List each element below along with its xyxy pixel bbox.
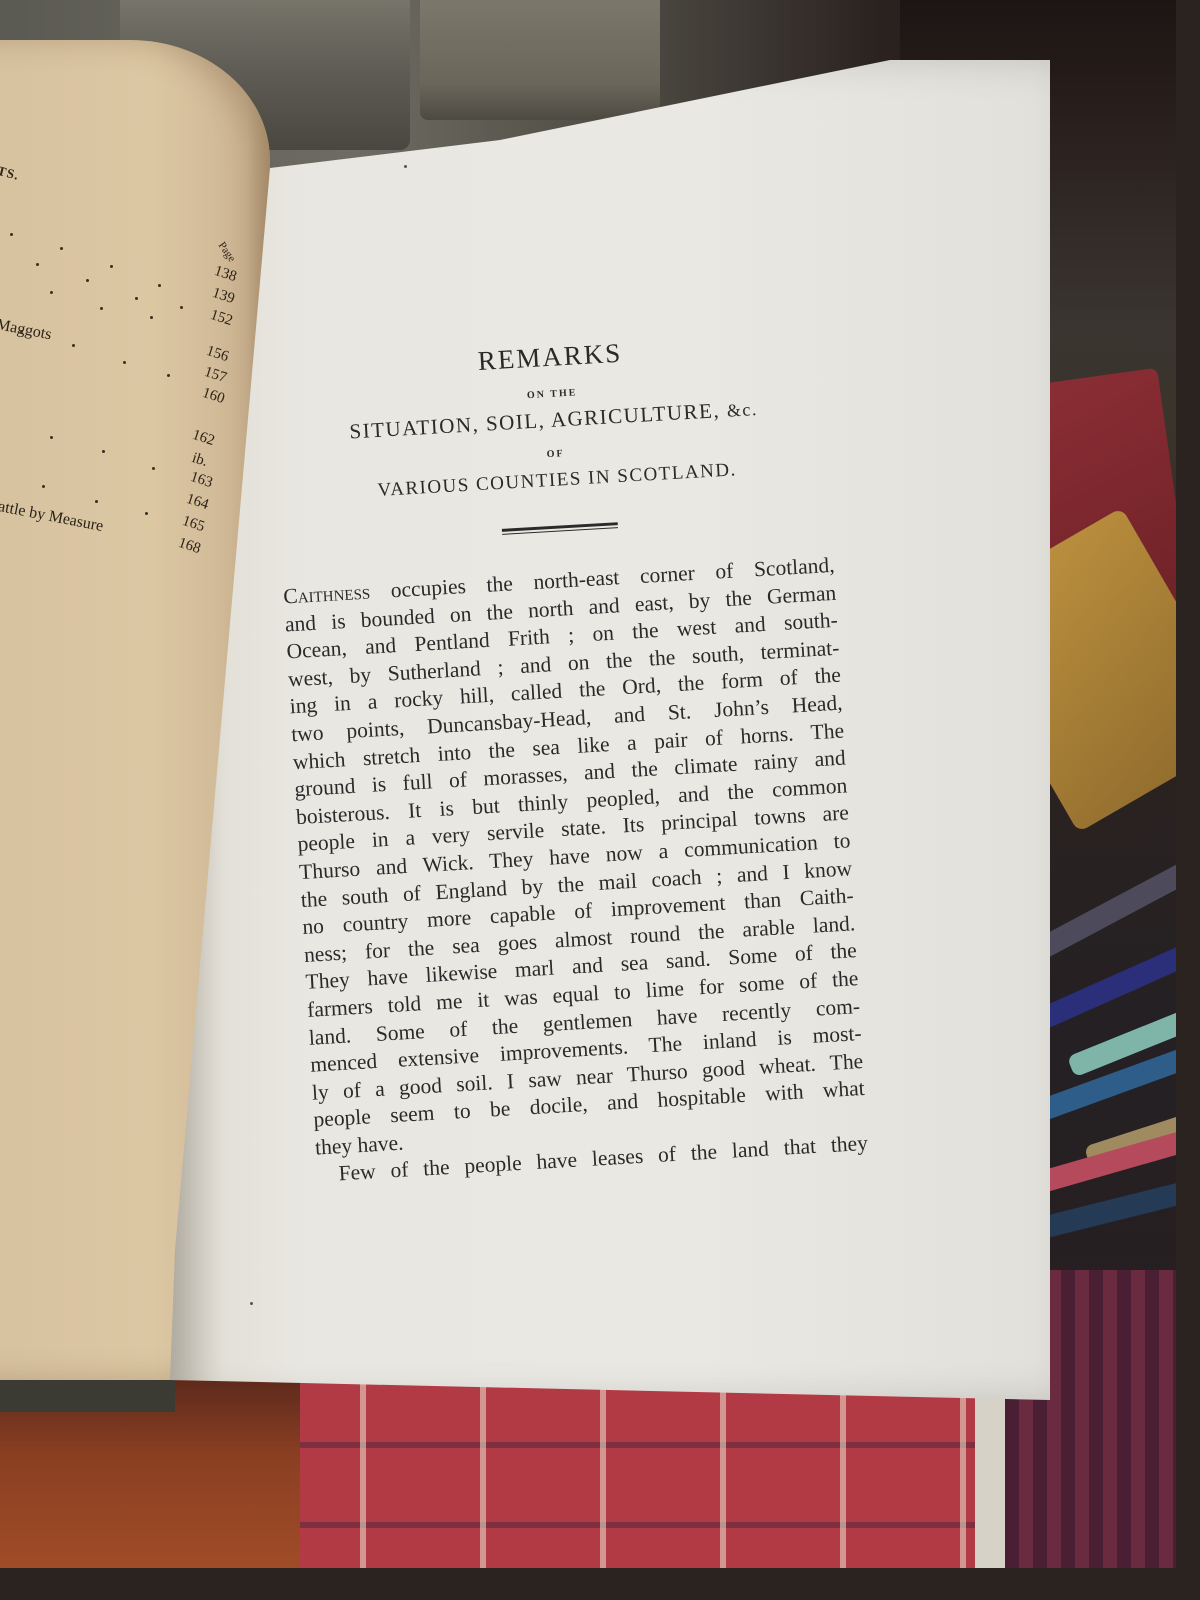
toc-page-header: Page	[216, 240, 238, 264]
leader-dot	[145, 512, 148, 515]
leader-dot	[180, 306, 183, 309]
toc-entry-label: Maggots	[0, 316, 53, 344]
background-rug	[300, 1380, 980, 1568]
leader-dot	[102, 450, 105, 453]
toc-page-number: 164	[184, 491, 211, 514]
chapter-title-block: REMARKS ON THE SITUATION, SOIL, AGRICULT…	[270, 326, 840, 548]
toc-page-number: 162	[190, 427, 217, 450]
leader-dot	[50, 291, 53, 294]
leader-dot	[10, 233, 13, 236]
paper-speck	[404, 165, 407, 168]
leader-dot	[72, 344, 75, 347]
title-subject-etc: &c.	[726, 399, 758, 421]
leader-dot	[152, 467, 155, 470]
toc-page-number: 168	[176, 535, 203, 558]
leader-dot	[42, 485, 45, 488]
leader-dot	[158, 284, 161, 287]
lead-word-caithness: Caithness	[283, 580, 371, 609]
leader-dot	[123, 361, 126, 364]
toc-page-number: 163	[188, 469, 215, 492]
toc-page-number: 152	[208, 307, 235, 330]
toc-entry: Maggots	[0, 316, 54, 334]
leader-dot	[86, 279, 89, 282]
leader-dot	[20, 330, 23, 333]
background-tin-box	[420, 0, 660, 120]
leader-dot	[60, 247, 63, 250]
contents-heading: ENTS.	[0, 158, 21, 184]
leader-dot	[50, 436, 53, 439]
toc-page-number: 156	[204, 343, 231, 366]
leader-dot	[110, 265, 113, 268]
toc-page-number: 160	[200, 385, 227, 408]
page-content: REMARKS ON THE SITUATION, SOIL, AGRICULT…	[268, 297, 897, 1190]
toc-page-number: 139	[210, 285, 237, 308]
toc-entry-label: attle by Measure	[0, 498, 105, 536]
toc-page-number: 138	[212, 263, 239, 286]
toc-entry: attle by Measure	[0, 498, 107, 516]
toc-page-number: 165	[180, 513, 207, 536]
leader-dot	[36, 263, 39, 266]
paper-speck	[250, 1302, 253, 1305]
toc-page-number: 157	[202, 364, 229, 387]
paragraph-1: Caithness occupies the north-east corner…	[283, 552, 867, 1162]
leader-dot	[100, 307, 103, 310]
leader-dot	[167, 374, 170, 377]
leader-dot	[150, 316, 153, 319]
leader-dot	[95, 500, 98, 503]
body-text: Caithness occupies the north-east corner…	[283, 552, 869, 1190]
leader-dot	[135, 297, 138, 300]
ornamental-double-rule	[502, 522, 618, 535]
